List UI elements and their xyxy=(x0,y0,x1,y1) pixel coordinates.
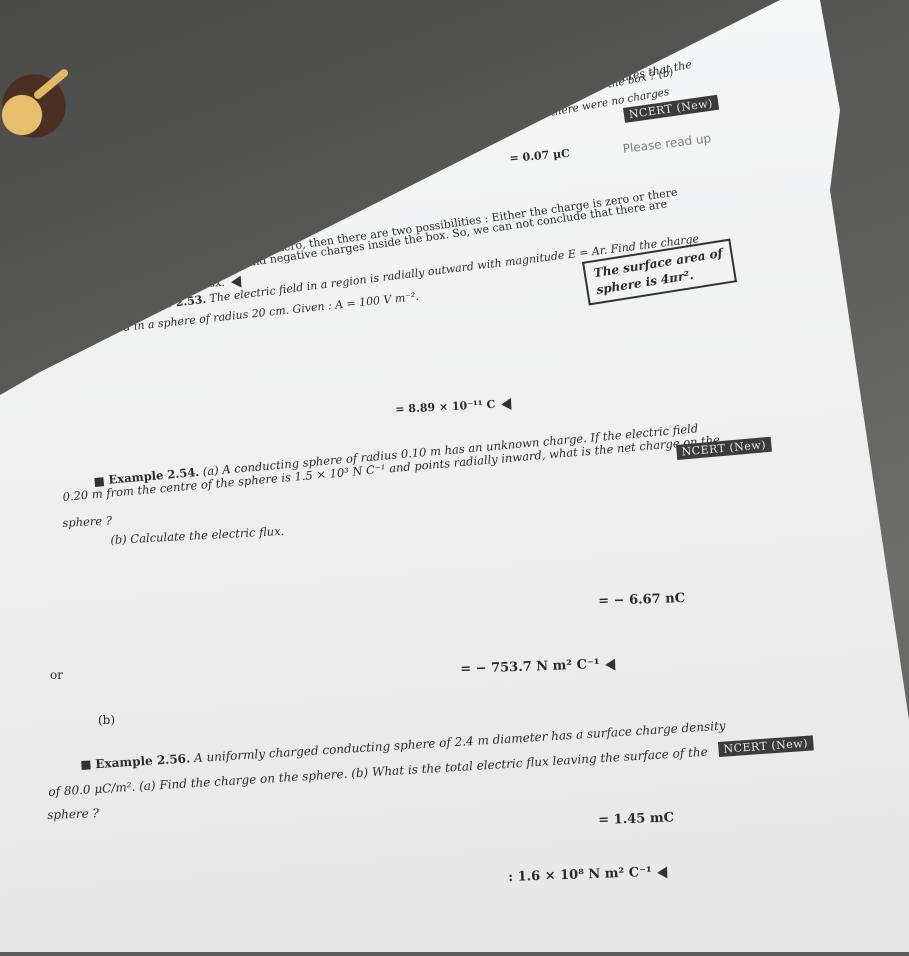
ex252-line4: inside the box ? Why or why not ? xyxy=(78,167,258,195)
please-read-up-note: Please read up xyxy=(622,131,712,156)
bullet-square-icon xyxy=(105,306,115,316)
ex254-line4: (b) Calculate the electric flux. xyxy=(110,524,285,547)
ex252-text1: Careful measurement of the electric fiel… xyxy=(206,58,693,165)
end-marker-icon xyxy=(657,866,667,878)
ex252-line3: If the net outward flux through the surf… xyxy=(78,86,670,202)
ex254-answer-b-text: = − 753.7 N m² C⁻¹ xyxy=(460,657,600,677)
ex256-answer-b: : 1.6 × 10⁸ N m² C⁻¹ xyxy=(508,864,668,885)
ex252-answer-a: = 0.07 μC xyxy=(509,147,570,165)
ex254-answer-b: = − 753.7 N m² C⁻¹ xyxy=(460,657,616,677)
ex256-label: Example 2.56. xyxy=(95,751,191,771)
ex254-or-label: or xyxy=(50,668,63,682)
bullet-square-icon xyxy=(81,760,91,770)
ex255-part-label: (b) xyxy=(98,713,115,727)
ex254-line3: sphere ? xyxy=(62,513,112,530)
bullet-square-icon xyxy=(103,173,114,184)
ex253-answer-text: = 8.89 × 10⁻¹¹ C xyxy=(395,398,496,416)
end-marker-icon xyxy=(501,398,512,411)
ex256-answer-b-text: : 1.6 × 10⁸ N m² C⁻¹ xyxy=(508,865,652,885)
ex256-line3: sphere ? xyxy=(47,806,99,822)
ex256-answer-a: = 1.45 mC xyxy=(598,810,674,828)
ex254-answer-a: = − 6.67 nC xyxy=(598,591,685,609)
ex253-answer: = 8.89 × 10⁻¹¹ C xyxy=(395,397,512,416)
ex252-line2: net outward flux through the surface of … xyxy=(82,67,674,188)
binder-clip xyxy=(0,70,70,160)
worksheet-page: Example 2.52. Careful measurement of the… xyxy=(0,0,909,956)
bottom-edge-shadow xyxy=(0,952,909,956)
end-marker-icon xyxy=(230,276,241,289)
photo-scene: Example 2.52. Careful measurement of the… xyxy=(0,0,909,956)
ncert-tag: NCERT (New) xyxy=(718,735,813,757)
ex252-line1: Example 2.52. Careful measurement of the… xyxy=(103,58,693,185)
bullet-square-icon xyxy=(94,477,104,487)
ex252-label: Example 2.52. xyxy=(117,153,205,182)
end-marker-icon xyxy=(605,658,615,670)
